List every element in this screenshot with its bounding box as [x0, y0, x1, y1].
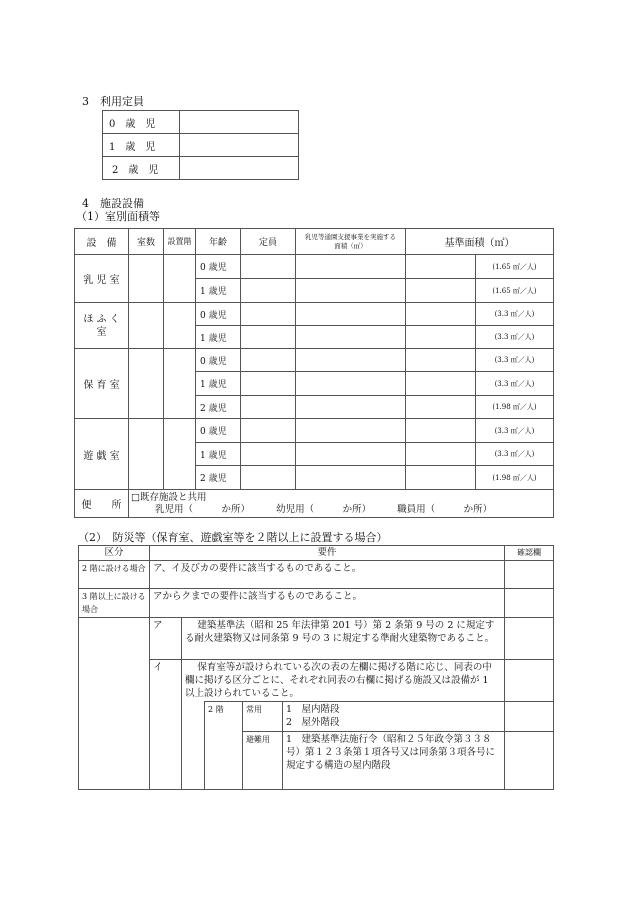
item-text-a: 建築基準法（昭和 25 年法律第 201 号）第 2 条第 9 号の 2 に規定… [182, 618, 505, 660]
age-cell: 0 歳児 [196, 303, 241, 326]
support-area-input[interactable] [296, 443, 406, 466]
support-area-input[interactable] [296, 349, 406, 372]
subtable-regular-items: 1 屋内階段 2 屋外階段 [283, 702, 505, 732]
floor-input[interactable] [164, 419, 196, 490]
toddler-toilet-count[interactable]: 幼児用（ か所） [276, 504, 371, 515]
standard-area-input[interactable] [406, 255, 476, 279]
standard-area-input[interactable] [406, 396, 476, 419]
age-cell: 1 歳児 [196, 279, 241, 303]
subsection-2-heading: （2） 防災等（保育室、遊戯室等を２階以上に設置する場合） [78, 531, 388, 545]
standard-area-input[interactable] [406, 443, 476, 466]
age-cell: 2 歳児 [196, 396, 241, 419]
room-nursery: 保 育 室 [75, 349, 129, 419]
capacity-input[interactable] [241, 396, 296, 419]
staff-toilet-count[interactable]: 職員用（ か所） [397, 504, 492, 515]
support-area-input[interactable] [296, 466, 406, 490]
capacity-input[interactable] [241, 419, 296, 443]
standard-area-input[interactable] [406, 326, 476, 349]
header-requirement: 要件 [150, 546, 505, 561]
regular-item-2: 2 屋外階段 [286, 716, 501, 729]
room-infant: 乳 児 室 [75, 255, 129, 303]
capacity-label-0: 0 歳 児 [103, 111, 180, 134]
floor-input[interactable] [164, 255, 196, 303]
header-rooms: 室数 [129, 229, 164, 255]
shared-facility-checkbox[interactable]: □既存施設と共用 [131, 492, 553, 504]
floor-input[interactable] [164, 349, 196, 419]
capacity-input[interactable] [241, 443, 296, 466]
header-floor: 設置階 [164, 229, 196, 255]
standard-area-input[interactable] [406, 279, 476, 303]
standard-area-input[interactable] [406, 466, 476, 490]
category-3f: 3 階以上に設ける場合 [79, 589, 150, 618]
subtable-evac-item: 1 建築基準法施行令（昭和２５年政令第３３８号）第１２３条第１項各号又は同条第３… [283, 732, 505, 790]
header-check: 確認欄 [505, 546, 554, 561]
room-crawling: ほ ふ く 室 [75, 303, 129, 349]
capacity-input[interactable] [241, 303, 296, 326]
room-crawling-line2: 室 [75, 326, 128, 339]
toilet-label: 便 所 [75, 490, 129, 518]
standard-rate: (1.98 ㎡／人) [476, 466, 554, 490]
capacity-value-0[interactable] [180, 111, 299, 134]
check-input[interactable] [505, 702, 554, 732]
age-cell: 0 歳児 [196, 419, 241, 443]
indent-spacer [182, 702, 205, 790]
standard-rate: (3.3 ㎡／人) [476, 349, 554, 372]
rooms-input[interactable] [129, 303, 164, 349]
standard-rate: (3.3 ㎡／人) [476, 303, 554, 326]
check-input[interactable] [505, 589, 554, 618]
capacity-value-2[interactable] [180, 157, 299, 180]
capacity-value-1[interactable] [180, 134, 299, 157]
support-area-input[interactable] [296, 396, 406, 419]
capacity-label-1: 1 歳 児 [103, 134, 180, 157]
regular-item-1: 1 屋内階段 [286, 703, 501, 716]
support-area-input[interactable] [296, 303, 406, 326]
infant-toilet-count[interactable]: 乳児用（ か所） [155, 504, 250, 515]
requirement-3f: アからクまでの要件に該当するものであること。 [150, 589, 505, 618]
disaster-prevention-table: 区分 要件 確認欄 2 階に設ける場合 ア、イ及びカの要件に該当するものであるこ… [78, 545, 554, 790]
support-area-input[interactable] [296, 419, 406, 443]
check-input[interactable] [505, 561, 554, 589]
subtable-evac-label: 避難用 [243, 732, 283, 790]
section-4-heading: 4 施設設備 [82, 197, 144, 211]
header-support-area: 乳児等通園支援事業を実施する面積（㎡） [296, 229, 406, 255]
capacity-input[interactable] [241, 255, 296, 279]
standard-area-input[interactable] [406, 419, 476, 443]
check-input[interactable] [505, 618, 554, 660]
rooms-input[interactable] [129, 255, 164, 303]
capacity-table: 0 歳 児 1 歳 児 2 歳 児 [102, 110, 299, 180]
standard-area-input[interactable] [406, 303, 476, 326]
standard-area-input[interactable] [406, 372, 476, 396]
capacity-input[interactable] [241, 279, 296, 303]
header-capacity: 定員 [241, 229, 296, 255]
rooms-input[interactable] [129, 349, 164, 419]
subtable-regular-label: 常用 [243, 702, 283, 732]
requirement-2f: ア、イ及びカの要件に該当するものであること。 [150, 561, 505, 589]
standard-rate: (1.65 ㎡／人) [476, 255, 554, 279]
room-crawling-line1: ほ ふ く [75, 313, 128, 326]
age-cell: 1 歳児 [196, 372, 241, 396]
age-cell: 0 歳児 [196, 255, 241, 279]
age-cell: 1 歳児 [196, 326, 241, 349]
item-mark-i: イ [150, 660, 182, 790]
header-equipment: 設 備 [75, 229, 129, 255]
check-input[interactable] [505, 732, 554, 790]
capacity-input[interactable] [241, 466, 296, 490]
standard-rate: (3.3 ㎡／人) [476, 372, 554, 396]
age-cell: 2 歳児 [196, 466, 241, 490]
check-input[interactable] [505, 660, 554, 702]
support-area-input[interactable] [296, 326, 406, 349]
age-cell: 0 歳児 [196, 349, 241, 372]
standard-area-input[interactable] [406, 349, 476, 372]
standard-rate: (1.65 ㎡／人) [476, 279, 554, 303]
room-area-table: 設 備 室数 設置階 年齢 定員 乳児等通園支援事業を実施する面積（㎡） 基準面… [74, 228, 554, 518]
support-area-input[interactable] [296, 279, 406, 303]
standard-rate: (3.3 ㎡／人) [476, 419, 554, 443]
category-2f: 2 階に設ける場合 [79, 561, 150, 589]
floor-input[interactable] [164, 303, 196, 349]
standard-rate: (1.98 ㎡／人) [476, 396, 554, 419]
header-age: 年齢 [196, 229, 241, 255]
age-cell: 1 歳児 [196, 443, 241, 466]
item-mark-a: ア [150, 618, 182, 660]
room-playroom: 遊 戯 室 [75, 419, 129, 490]
subsection-1-heading: （1）室別面積等 [76, 210, 160, 224]
capacity-input[interactable] [241, 349, 296, 372]
category-blank [79, 618, 150, 790]
standard-rate: (3.3 ㎡／人) [476, 326, 554, 349]
rooms-input[interactable] [129, 419, 164, 490]
support-area-input[interactable] [296, 372, 406, 396]
capacity-label-2: 2 歳 児 [103, 157, 180, 180]
capacity-input[interactable] [241, 372, 296, 396]
section-3-heading: 3 利用定員 [82, 95, 144, 109]
header-standard-area: 基準面積（㎡） [406, 229, 554, 255]
capacity-input[interactable] [241, 326, 296, 349]
support-area-input[interactable] [296, 255, 406, 279]
header-category: 区分 [79, 546, 150, 561]
item-text-i: 保育室等が設けられている次の表の左欄に掲げる階に応じ、同表の中欄に掲げる区分ごと… [182, 660, 505, 702]
standard-rate: (3.3 ㎡／人) [476, 443, 554, 466]
subtable-floor: 2 階 [205, 702, 243, 790]
toilet-cell: □既存施設と共用 乳児用（ か所） 幼児用（ か所） 職員用（ か所） [129, 490, 554, 518]
